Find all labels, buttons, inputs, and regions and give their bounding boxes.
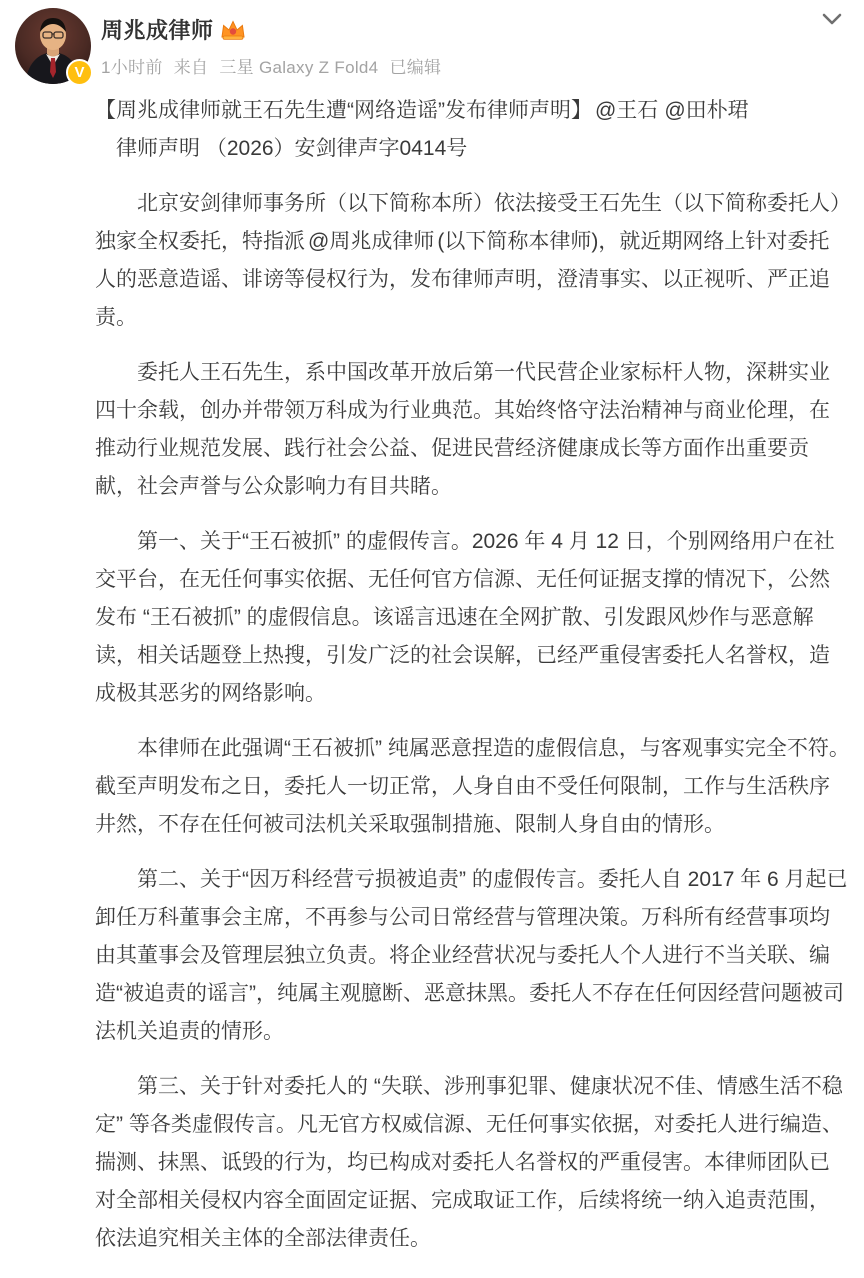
weibo-post: V 周兆成律师 1小时前 来自 三星 Galaxy Z Fold4 已编辑: [0, 0, 864, 1278]
statement-title: 【周兆成律师就王石先生遭“网络造谣”发布律师声明】@王石@田朴珺: [95, 92, 850, 130]
vip-crown-icon[interactable]: [220, 18, 246, 42]
paragraph-background: 委托人王石先生，系中国改革开放后第一代民营企业家标杆人物，深耕实业四十余载，创办…: [95, 354, 850, 506]
edited-label: 已编辑: [389, 58, 441, 77]
avatar[interactable]: V: [15, 8, 91, 84]
verified-v-badge: V: [66, 59, 93, 86]
post-header: V 周兆成律师 1小时前 来自 三星 Galaxy Z Fold4 已编辑: [0, 0, 864, 86]
mention-zhouzhaocheng[interactable]: @周兆成律师: [308, 230, 434, 253]
paragraph-intro: 北京安剑律师事务所（以下简称本所）依法接受王石先生（以下简称委托人）独家全权委托…: [95, 185, 850, 337]
statement-ref-number: 律师声明 （2026）安剑律声字0414号: [95, 130, 850, 168]
chevron-down-icon[interactable]: [822, 12, 842, 26]
title-text: 【周兆成律师就王石先生遭“网络造谣”发布律师声明】: [95, 99, 592, 122]
header-texts: 周兆成律师 1小时前 来自 三星 Galaxy Z Fold4 已编辑: [101, 8, 447, 78]
post-content: 【周兆成律师就王石先生遭“网络造谣”发布律师声明】@王石@田朴珺 律师声明 （2…: [0, 86, 864, 1278]
mention-tianpujun[interactable]: @田朴珺: [664, 99, 748, 122]
source-prefix: 来自: [174, 58, 209, 77]
paragraph-clarification: 本律师在此强调“王石被抓” 纯属恶意捏造的虚假信息，与客观事实完全不符。截至声明…: [95, 730, 850, 844]
source-device-link[interactable]: 三星 Galaxy Z Fold4: [219, 58, 378, 77]
paragraph-first-rumor: 第一、关于“王石被抓” 的虚假传言。2026 年 4 月 12 日，个别网络用户…: [95, 523, 850, 713]
mention-wangshi[interactable]: @王石: [595, 99, 658, 122]
author-name[interactable]: 周兆成律师: [101, 14, 214, 45]
post-meta: 1小时前 来自 三星 Galaxy Z Fold4 已编辑: [101, 53, 447, 78]
post-time: 1小时前: [101, 58, 163, 77]
paragraph-third-rumor: 第三、关于针对委托人的 “失联、涉刑事犯罪、健康状况不佳、情感生活不稳定” 等各…: [95, 1068, 850, 1258]
paragraph-second-rumor: 第二、关于“因万科经营亏损被追责” 的虚假传言。委托人自 2017 年 6 月起…: [95, 861, 850, 1051]
